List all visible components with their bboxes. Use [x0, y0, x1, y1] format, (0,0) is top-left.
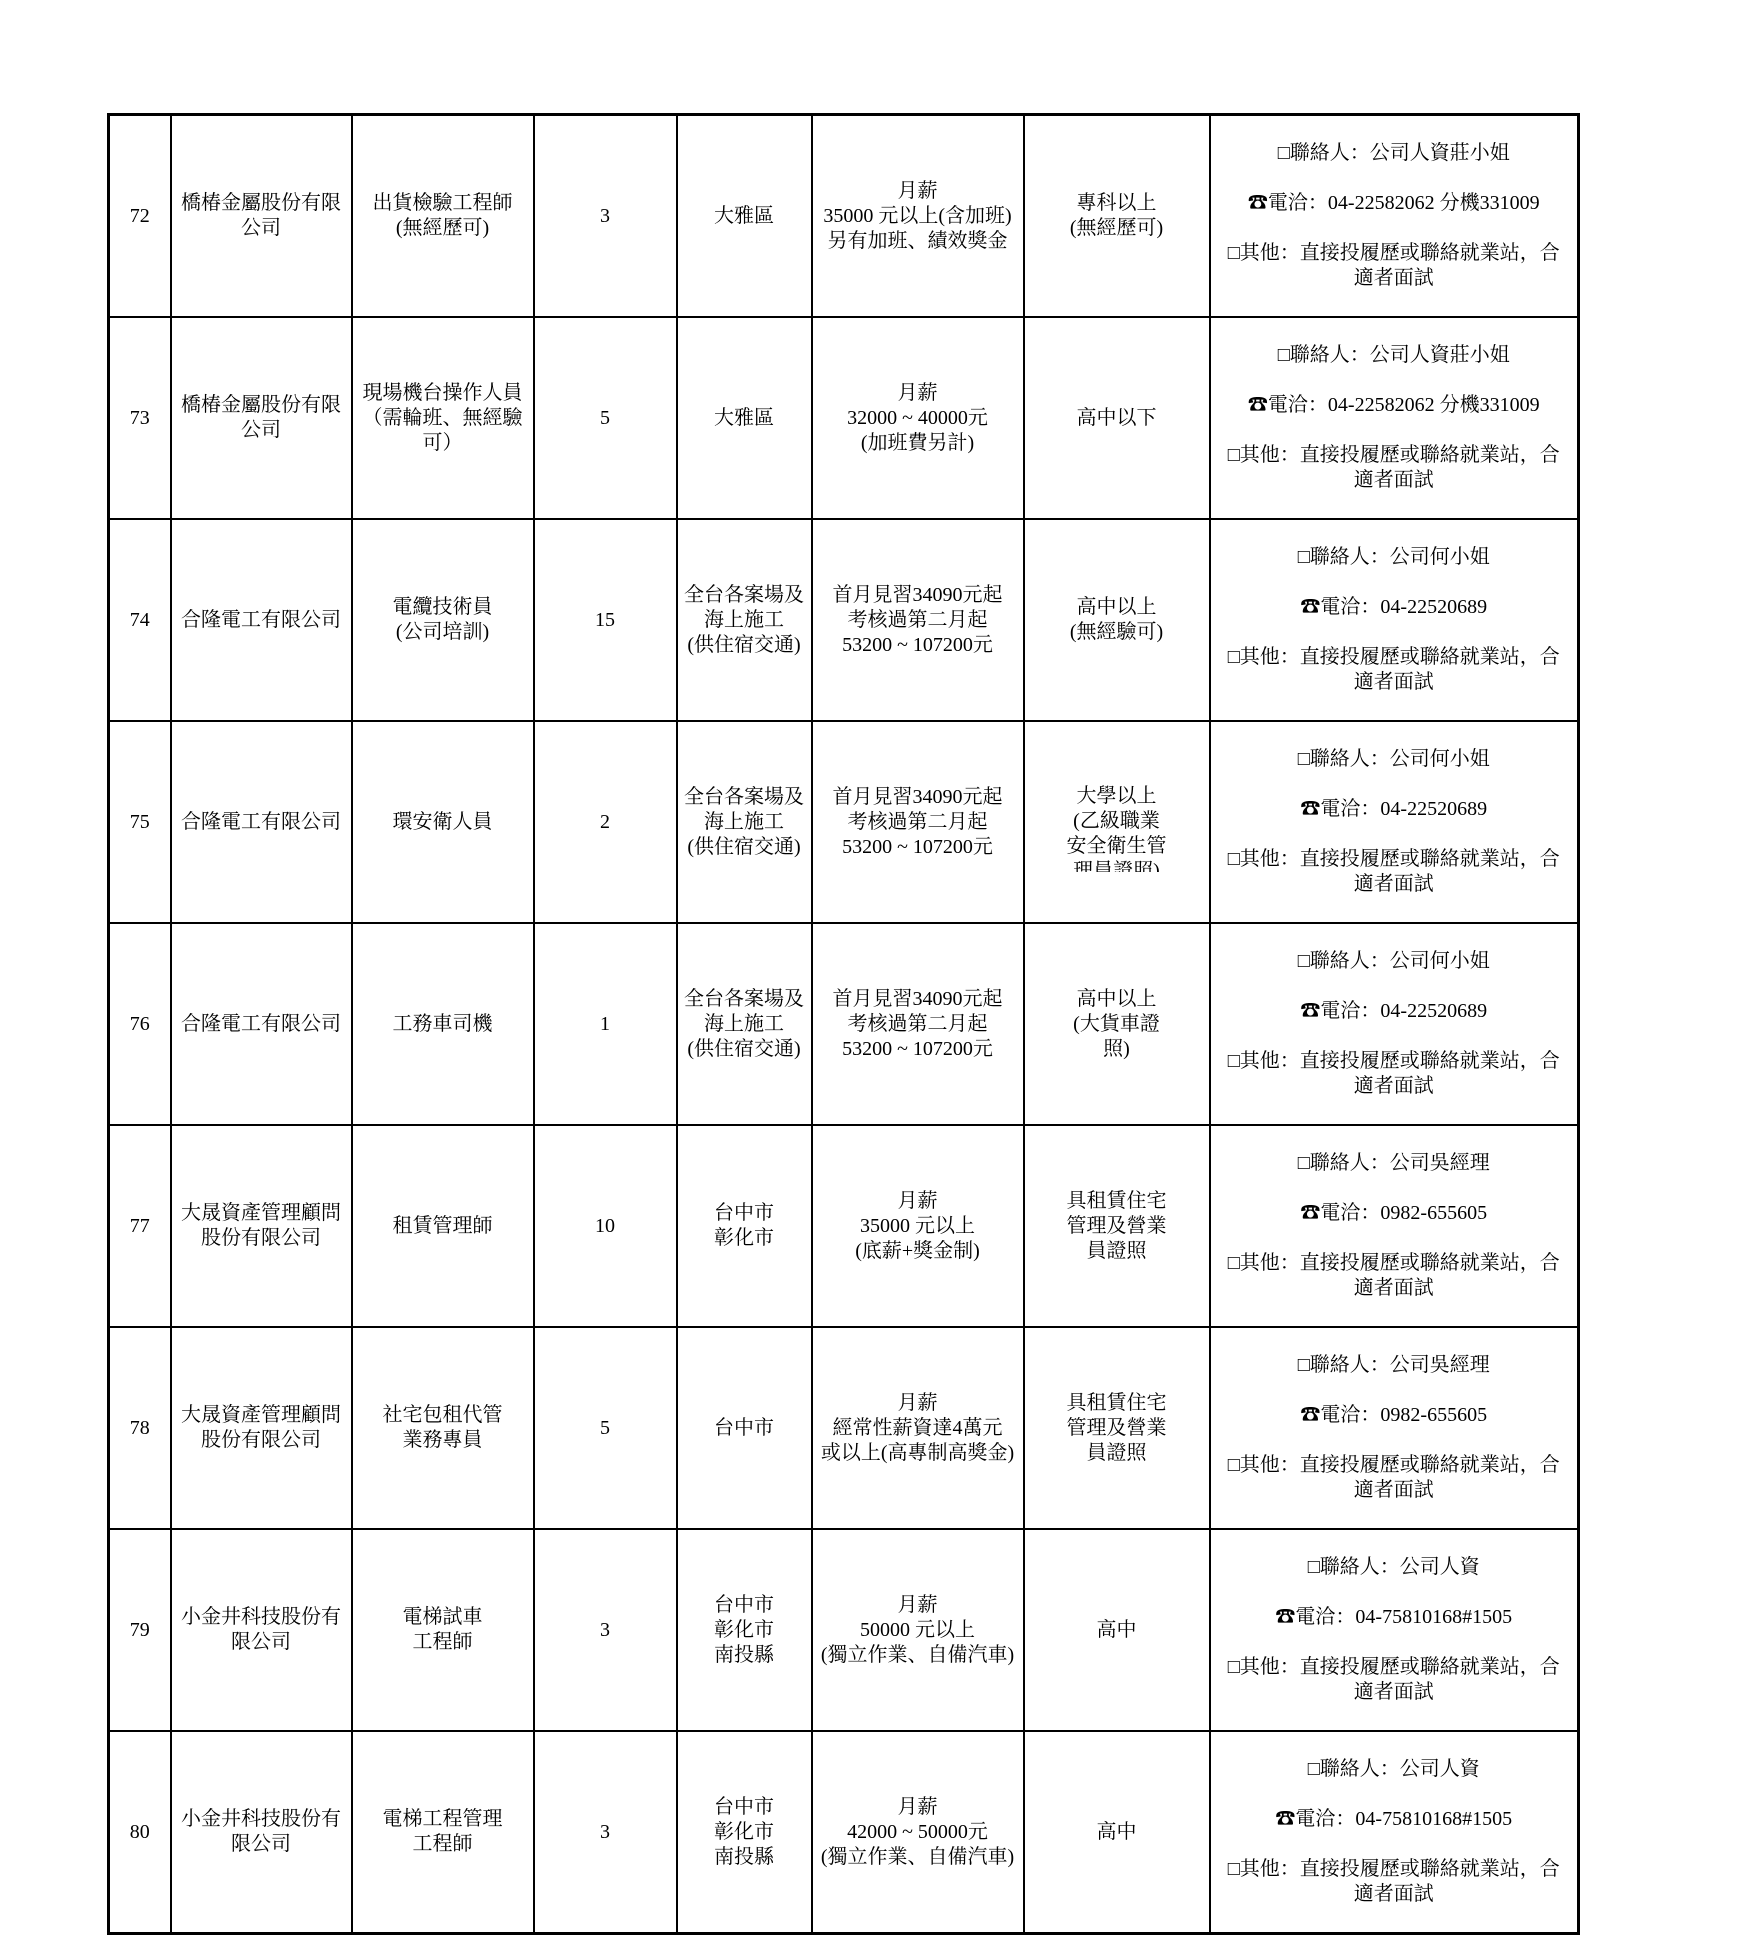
education-text: 具租賃住宅 管理及營業 員證照 [1029, 1391, 1205, 1466]
openings-cell: 5 [534, 1327, 677, 1529]
checkbox-icon: □ [1278, 142, 1290, 164]
checkbox-icon: □ [1308, 1556, 1320, 1578]
contact-phone-line: ☎電洽：04-22520689 [1215, 595, 1574, 620]
contact-phone-line: ☎電洽：0982-655605 [1215, 1201, 1574, 1226]
contact-cell: □聯絡人：公司何小姐 ☎電洽：04-22520689 □其他：直接投履歷或聯絡就… [1210, 923, 1579, 1125]
contact-person-text: 聯絡人：公司人資莊小姐 [1290, 142, 1510, 164]
contact-other-text: 其他：直接投履歷或聯絡就業站，合 適者面試 [1240, 242, 1560, 289]
location-cell: 全台各案場及 海上施工 (供住宿交通) [677, 721, 812, 923]
contact-other-line: □其他：直接投履歷或聯絡就業站，合 適者面試 [1215, 1857, 1574, 1907]
checkbox-icon: □ [1228, 1252, 1240, 1274]
job-title-cell: 社宅包租代管 業務專員 [352, 1327, 534, 1529]
education-cell: 專科以上 (無經歷可) [1024, 115, 1210, 318]
phone-icon: ☎ [1248, 394, 1268, 416]
phone-icon: ☎ [1275, 1808, 1295, 1830]
salary-cell: 月薪 35000 元以上 (底薪+獎金制) [812, 1125, 1024, 1327]
location-cell: 台中市 彰化市 [677, 1125, 812, 1327]
contact-other-line: □其他：直接投履歷或聯絡就業站，合 適者面試 [1215, 1251, 1574, 1301]
education-text: 高中 [1029, 1618, 1205, 1643]
education-text: 大學以上 (乙級職業 安全衛生管 理員證照) [1029, 772, 1205, 872]
contact-person-text: 聯絡人：公司吳經理 [1310, 1152, 1490, 1174]
checkbox-icon: □ [1298, 748, 1310, 770]
contact-phone-line: ☎電洽：04-22582062 分機331009 [1215, 191, 1574, 216]
contact-phone-text: 電洽：0982-655605 [1320, 1202, 1487, 1224]
contact-person-line: □聯絡人：公司人資莊小姐 [1215, 141, 1574, 166]
education-text: 高中 [1029, 1820, 1205, 1845]
contact-person-text: 聯絡人：公司何小姐 [1310, 950, 1490, 972]
checkbox-icon: □ [1278, 344, 1290, 366]
salary-cell: 月薪 42000 ~ 50000元 (獨立作業、自備汽車) [812, 1731, 1024, 1934]
job-title-cell: 電纜技術員 (公司培訓) [352, 519, 534, 721]
job-row: 80 小金井科技股份有 限公司 電梯工程管理 工程師 3 台中市 彰化市 南投縣… [109, 1731, 1579, 1934]
checkbox-icon: □ [1298, 1152, 1310, 1174]
location-cell: 大雅區 [677, 317, 812, 519]
contact-phone-text: 電洽：04-75810168#1505 [1295, 1606, 1512, 1628]
contact-other-line: □其他：直接投履歷或聯絡就業站，合 適者面試 [1215, 1655, 1574, 1705]
openings-cell: 2 [534, 721, 677, 923]
contact-other-line: □其他：直接投履歷或聯絡就業站，合 適者面試 [1215, 241, 1574, 291]
phone-icon: ☎ [1300, 798, 1320, 820]
row-number-cell: 75 [109, 721, 171, 923]
contact-cell: □聯絡人：公司吳經理 ☎電洽：0982-655605 □其他：直接投履歷或聯絡就… [1210, 1125, 1579, 1327]
checkbox-icon: □ [1228, 1454, 1240, 1476]
location-cell: 全台各案場及 海上施工 (供住宿交通) [677, 923, 812, 1125]
contact-person-line: □聯絡人：公司吳經理 [1215, 1151, 1574, 1176]
page: { "icons": { "checkbox": "□", "phone": "… [0, 0, 1755, 1241]
contact-phone-text: 電洽：0982-655605 [1320, 1404, 1487, 1426]
education-text: 專科以上 (無經歷可) [1029, 191, 1205, 241]
company-cell: 小金井科技股份有 限公司 [171, 1731, 352, 1934]
contact-person-line: □聯絡人：公司人資 [1215, 1757, 1574, 1782]
contact-person-line: □聯絡人：公司何小姐 [1215, 747, 1574, 772]
company-cell: 小金井科技股份有 限公司 [171, 1529, 352, 1731]
checkbox-icon: □ [1308, 1758, 1320, 1780]
contact-person-line: □聯絡人：公司人資 [1215, 1555, 1574, 1580]
contact-phone-text: 電洽：04-22582062 分機331009 [1268, 192, 1540, 214]
education-text: 高中以上 (大貨車證 照) [1029, 987, 1205, 1062]
contact-other-text: 其他：直接投履歷或聯絡就業站，合 適者面試 [1240, 1454, 1560, 1501]
openings-cell: 3 [534, 1731, 677, 1934]
education-cell: 高中以上 (大貨車證 照) [1024, 923, 1210, 1125]
phone-icon: ☎ [1300, 1000, 1320, 1022]
location-cell: 台中市 [677, 1327, 812, 1529]
education-cell: 具租賃住宅 管理及營業 員證照 [1024, 1327, 1210, 1529]
contact-other-text: 其他：直接投履歷或聯絡就業站，合 適者面試 [1240, 1858, 1560, 1905]
contact-person-text: 聯絡人：公司吳經理 [1310, 1354, 1490, 1376]
contact-phone-line: ☎電洽：04-22520689 [1215, 797, 1574, 822]
contact-person-text: 聯絡人：公司人資莊小姐 [1290, 344, 1510, 366]
openings-cell: 10 [534, 1125, 677, 1327]
checkbox-icon: □ [1298, 546, 1310, 568]
contact-cell: □聯絡人：公司人資莊小姐 ☎電洽：04-22582062 分機331009 □其… [1210, 115, 1579, 318]
job-row: 76 合隆電工有限公司 工務車司機 1 全台各案場及 海上施工 (供住宿交通) … [109, 923, 1579, 1125]
checkbox-icon: □ [1228, 444, 1240, 466]
contact-phone-text: 電洽：04-22582062 分機331009 [1268, 394, 1540, 416]
company-cell: 合隆電工有限公司 [171, 923, 352, 1125]
contact-person-line: □聯絡人：公司何小姐 [1215, 545, 1574, 570]
education-text: 高中以下 [1029, 406, 1205, 431]
job-row: 72 橋椿金屬股份有限 公司 出貨檢驗工程師 (無經歷可) 3 大雅區 月薪 3… [109, 115, 1579, 318]
contact-other-line: □其他：直接投履歷或聯絡就業站，合 適者面試 [1215, 443, 1574, 493]
row-number-cell: 73 [109, 317, 171, 519]
contact-phone-text: 電洽：04-22520689 [1320, 1000, 1487, 1022]
education-cell: 高中以上 (無經驗可) [1024, 519, 1210, 721]
job-title-cell: 電梯試車 工程師 [352, 1529, 534, 1731]
location-cell: 台中市 彰化市 南投縣 [677, 1731, 812, 1934]
company-cell: 大晟資產管理顧問 股份有限公司 [171, 1327, 352, 1529]
job-row: 79 小金井科技股份有 限公司 電梯試車 工程師 3 台中市 彰化市 南投縣 月… [109, 1529, 1579, 1731]
phone-icon: ☎ [1300, 1404, 1320, 1426]
education-cell: 具租賃住宅 管理及營業 員證照 [1024, 1125, 1210, 1327]
contact-phone-line: ☎電洽：04-22582062 分機331009 [1215, 393, 1574, 418]
job-title-cell: 電梯工程管理 工程師 [352, 1731, 534, 1934]
job-title-cell: 現場機台操作人員 （需輪班、無經驗 可） [352, 317, 534, 519]
contact-other-text: 其他：直接投履歷或聯絡就業站，合 適者面試 [1240, 1252, 1560, 1299]
row-number-cell: 78 [109, 1327, 171, 1529]
salary-cell: 首月見習34090元起 考核過第二月起 53200 ~ 107200元 [812, 923, 1024, 1125]
contact-person-line: □聯絡人：公司何小姐 [1215, 949, 1574, 974]
phone-icon: ☎ [1275, 1606, 1295, 1628]
checkbox-icon: □ [1228, 646, 1240, 668]
contact-other-line: □其他：直接投履歷或聯絡就業站，合 適者面試 [1215, 645, 1574, 695]
education-cell: 大學以上 (乙級職業 安全衛生管 理員證照) [1024, 721, 1210, 923]
contact-cell: □聯絡人：公司吳經理 ☎電洽：0982-655605 □其他：直接投履歷或聯絡就… [1210, 1327, 1579, 1529]
contact-other-line: □其他：直接投履歷或聯絡就業站，合 適者面試 [1215, 847, 1574, 897]
company-cell: 大晟資產管理顧問 股份有限公司 [171, 1125, 352, 1327]
row-number-cell: 79 [109, 1529, 171, 1731]
job-title-cell: 出貨檢驗工程師 (無經歷可) [352, 115, 534, 318]
job-title-cell: 環安衛人員 [352, 721, 534, 923]
education-cell: 高中 [1024, 1529, 1210, 1731]
location-cell: 大雅區 [677, 115, 812, 318]
checkbox-icon: □ [1228, 242, 1240, 264]
salary-cell: 月薪 50000 元以上 (獨立作業、自備汽車) [812, 1529, 1024, 1731]
row-number-cell: 77 [109, 1125, 171, 1327]
row-number-cell: 80 [109, 1731, 171, 1934]
contact-person-line: □聯絡人：公司人資莊小姐 [1215, 343, 1574, 368]
openings-cell: 3 [534, 115, 677, 318]
checkbox-icon: □ [1228, 1050, 1240, 1072]
contact-other-line: □其他：直接投履歷或聯絡就業站，合 適者面試 [1215, 1049, 1574, 1099]
company-cell: 橋椿金屬股份有限 公司 [171, 317, 352, 519]
openings-cell: 5 [534, 317, 677, 519]
phone-icon: ☎ [1300, 596, 1320, 618]
education-cell: 高中以下 [1024, 317, 1210, 519]
salary-cell: 首月見習34090元起 考核過第二月起 53200 ~ 107200元 [812, 519, 1024, 721]
row-number-cell: 74 [109, 519, 171, 721]
education-cell: 高中 [1024, 1731, 1210, 1934]
job-listings-table: 72 橋椿金屬股份有限 公司 出貨檢驗工程師 (無經歷可) 3 大雅區 月薪 3… [107, 113, 1580, 1935]
education-text: 具租賃住宅 管理及營業 員證照 [1029, 1189, 1205, 1264]
openings-cell: 15 [534, 519, 677, 721]
contact-phone-line: ☎電洽：04-22520689 [1215, 999, 1574, 1024]
salary-cell: 首月見習34090元起 考核過第二月起 53200 ~ 107200元 [812, 721, 1024, 923]
job-row: 77 大晟資產管理顧問 股份有限公司 租賃管理師 10 台中市 彰化市 月薪 3… [109, 1125, 1579, 1327]
contact-phone-text: 電洽：04-22520689 [1320, 798, 1487, 820]
company-cell: 合隆電工有限公司 [171, 721, 352, 923]
checkbox-icon: □ [1298, 950, 1310, 972]
contact-person-line: □聯絡人：公司吳經理 [1215, 1353, 1574, 1378]
company-cell: 橋椿金屬股份有限 公司 [171, 115, 352, 318]
contact-other-line: □其他：直接投履歷或聯絡就業站，合 適者面試 [1215, 1453, 1574, 1503]
checkbox-icon: □ [1228, 1656, 1240, 1678]
job-row: 74 合隆電工有限公司 電纜技術員 (公司培訓) 15 全台各案場及 海上施工 … [109, 519, 1579, 721]
job-table-body: 72 橋椿金屬股份有限 公司 出貨檢驗工程師 (無經歷可) 3 大雅區 月薪 3… [109, 115, 1579, 1934]
job-row: 73 橋椿金屬股份有限 公司 現場機台操作人員 （需輪班、無經驗 可） 5 大雅… [109, 317, 1579, 519]
checkbox-icon: □ [1298, 1354, 1310, 1376]
checkbox-icon: □ [1228, 1858, 1240, 1880]
salary-cell: 月薪 35000 元以上(含加班) 另有加班、績效獎金 [812, 115, 1024, 318]
contact-cell: □聯絡人：公司人資莊小姐 ☎電洽：04-22582062 分機331009 □其… [1210, 317, 1579, 519]
location-cell: 全台各案場及 海上施工 (供住宿交通) [677, 519, 812, 721]
contact-other-text: 其他：直接投履歷或聯絡就業站，合 適者面試 [1240, 1050, 1560, 1097]
contact-cell: □聯絡人：公司何小姐 ☎電洽：04-22520689 □其他：直接投履歷或聯絡就… [1210, 721, 1579, 923]
location-cell: 台中市 彰化市 南投縣 [677, 1529, 812, 1731]
contact-other-text: 其他：直接投履歷或聯絡就業站，合 適者面試 [1240, 1656, 1560, 1703]
contact-cell: □聯絡人：公司何小姐 ☎電洽：04-22520689 □其他：直接投履歷或聯絡就… [1210, 519, 1579, 721]
contact-cell: □聯絡人：公司人資 ☎電洽：04-75810168#1505 □其他：直接投履歷… [1210, 1529, 1579, 1731]
document-sheet: 72 橋椿金屬股份有限 公司 出貨檢驗工程師 (無經歷可) 3 大雅區 月薪 3… [107, 113, 1580, 1935]
education-text: 高中以上 (無經驗可) [1029, 595, 1205, 645]
contact-phone-line: ☎電洽：0982-655605 [1215, 1403, 1574, 1428]
contact-phone-line: ☎電洽：04-75810168#1505 [1215, 1807, 1574, 1832]
job-row: 75 合隆電工有限公司 環安衛人員 2 全台各案場及 海上施工 (供住宿交通) … [109, 721, 1579, 923]
contact-person-text: 聯絡人：公司人資 [1320, 1758, 1480, 1780]
job-title-cell: 工務車司機 [352, 923, 534, 1125]
contact-person-text: 聯絡人：公司何小姐 [1310, 546, 1490, 568]
phone-icon: ☎ [1248, 192, 1268, 214]
contact-cell: □聯絡人：公司人資 ☎電洽：04-75810168#1505 □其他：直接投履歷… [1210, 1731, 1579, 1934]
contact-person-text: 聯絡人：公司人資 [1320, 1556, 1480, 1578]
salary-cell: 月薪 32000 ~ 40000元 (加班費另計) [812, 317, 1024, 519]
contact-other-text: 其他：直接投履歷或聯絡就業站，合 適者面試 [1240, 848, 1560, 895]
phone-icon: ☎ [1300, 1202, 1320, 1224]
company-cell: 合隆電工有限公司 [171, 519, 352, 721]
contact-other-text: 其他：直接投履歷或聯絡就業站，合 適者面試 [1240, 444, 1560, 491]
contact-phone-text: 電洽：04-22520689 [1320, 596, 1487, 618]
row-number-cell: 76 [109, 923, 171, 1125]
openings-cell: 3 [534, 1529, 677, 1731]
checkbox-icon: □ [1228, 848, 1240, 870]
contact-other-text: 其他：直接投履歷或聯絡就業站，合 適者面試 [1240, 646, 1560, 693]
job-title-cell: 租賃管理師 [352, 1125, 534, 1327]
job-row: 78 大晟資產管理顧問 股份有限公司 社宅包租代管 業務專員 5 台中市 月薪 … [109, 1327, 1579, 1529]
contact-phone-text: 電洽：04-75810168#1505 [1295, 1808, 1512, 1830]
openings-cell: 1 [534, 923, 677, 1125]
contact-person-text: 聯絡人：公司何小姐 [1310, 748, 1490, 770]
salary-cell: 月薪 經常性薪資達4萬元 或以上(高專制高獎金) [812, 1327, 1024, 1529]
contact-phone-line: ☎電洽：04-75810168#1505 [1215, 1605, 1574, 1630]
row-number-cell: 72 [109, 115, 171, 318]
